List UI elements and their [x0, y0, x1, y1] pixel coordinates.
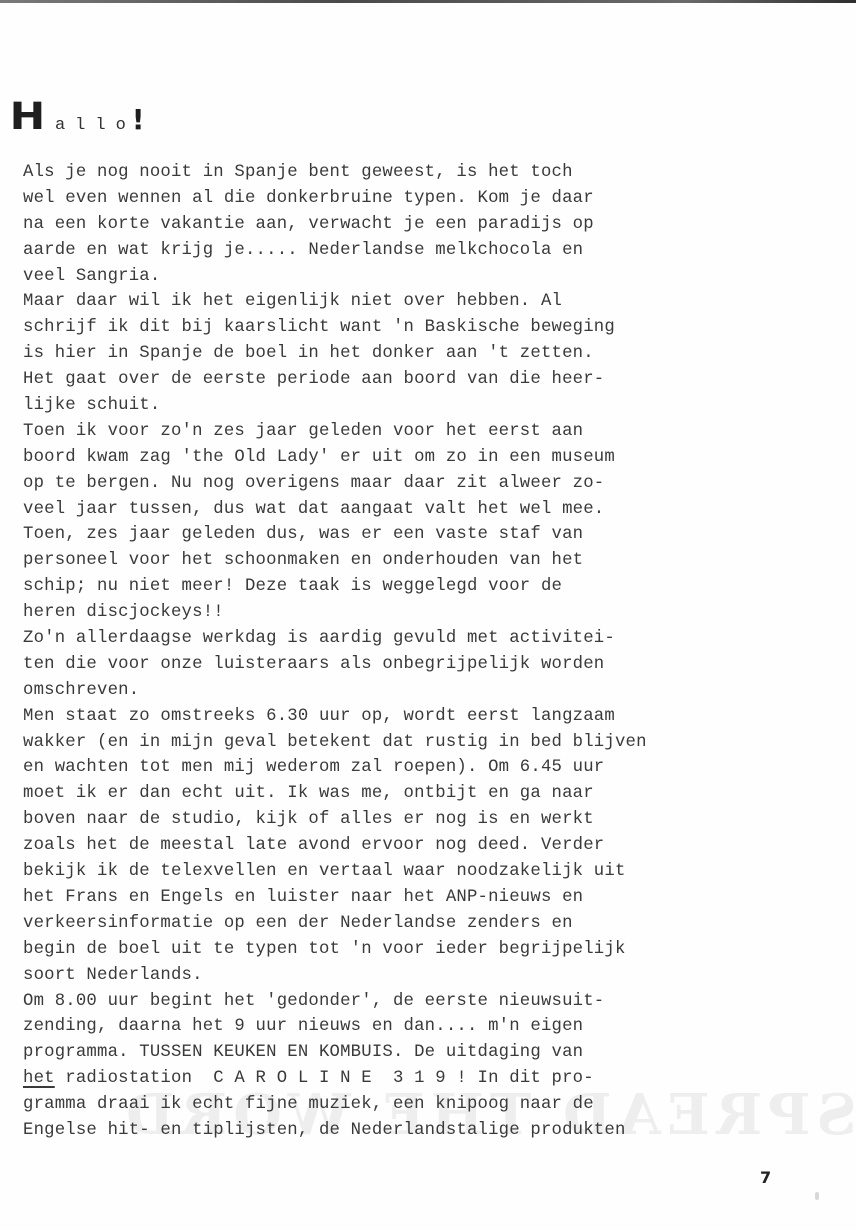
text-line: boord kwam zag 'the Old Lady' er uit om … — [23, 445, 843, 471]
text-line: bekijk ik de telexvellen en vertaal waar… — [23, 859, 843, 885]
text-line: verkeersinformatie op een der Nederlands… — [23, 911, 843, 937]
text-line: soort Nederlands. — [23, 963, 843, 989]
text-line: wel even wennen al die donkerbruine type… — [23, 186, 843, 212]
text-line: moet ik er dan echt uit. Ik was me, ontb… — [23, 781, 843, 807]
document-page: HELP SPREAD THE WORD H allo ! Als je nog… — [0, 0, 856, 1230]
paper-speck — [815, 1192, 819, 1200]
text-line: aarde en wat krijg je..... Nederlandse m… — [23, 238, 843, 264]
text-line: Men staat zo omstreeks 6.30 uur op, word… — [23, 704, 843, 730]
line-rest: radiostation C A R O L I N E 3 1 9 ! In … — [55, 1069, 594, 1088]
text-line: ten die voor onze luisteraars als onbegr… — [23, 652, 843, 678]
text-line: zoals het de meestal late avond ervoor n… — [23, 833, 843, 859]
text-line: Maar daar wil ik het eigenlijk niet over… — [23, 289, 843, 315]
text-line: schip; nu niet meer! Deze taak is weggel… — [23, 574, 843, 600]
text-line: is hier in Spanje de boel in het donker … — [23, 341, 843, 367]
text-line: heren discjockeys!! — [23, 600, 843, 626]
text-line: Om 8.00 uur begint het 'gedonder', de ee… — [23, 989, 843, 1015]
text-line: zending, daarna het 9 uur nieuws en dan.… — [23, 1014, 843, 1040]
article-title: H allo ! — [12, 95, 145, 138]
text-line: personeel voor het schoonmaken en onderh… — [23, 548, 843, 574]
text-line: begin de boel uit te typen tot 'n voor i… — [23, 937, 843, 963]
text-line: Het gaat over de eerste periode aan boor… — [23, 367, 843, 393]
text-line: Zo'n allerdaagse werkdag is aardig gevul… — [23, 626, 843, 652]
text-line: lijke schuit. — [23, 393, 843, 419]
underlined-word: het — [23, 1069, 55, 1088]
text-line: boven naar de studio, kijk of alles er n… — [23, 807, 843, 833]
text-line: Engelse hit- en tiplijsten, de Nederland… — [23, 1118, 843, 1144]
article-body: Als je nog nooit in Spanje bent geweest,… — [23, 160, 843, 1144]
text-line: gramma draai ik echt fijne muziek, een k… — [23, 1092, 843, 1118]
text-line: het radiostation C A R O L I N E 3 1 9 !… — [23, 1066, 843, 1092]
text-line: veel jaar tussen, dus wat dat aangaat va… — [23, 497, 843, 523]
text-line: veel Sangria. — [23, 264, 843, 290]
text-line: omschreven. — [23, 678, 843, 704]
text-line: en wachten tot men mij wederom zal roepe… — [23, 755, 843, 781]
text-line: Toen ik voor zo'n zes jaar geleden voor … — [23, 419, 843, 445]
text-line: schrijf ik dit bij kaarslicht want 'n Ba… — [23, 315, 843, 341]
text-line: programma. TUSSEN KEUKEN EN KOMBUIS. De … — [23, 1040, 843, 1066]
text-line: wakker (en in mijn geval betekent dat ru… — [23, 730, 843, 756]
text-line: Toen, zes jaar geleden dus, was er een v… — [23, 522, 843, 548]
text-line: Als je nog nooit in Spanje bent geweest,… — [23, 160, 843, 186]
text-line: het Frans en Engels en luister naar het … — [23, 885, 843, 911]
title-exclamation: ! — [132, 103, 145, 136]
text-line: op te bergen. Nu nog overigens maar daar… — [23, 471, 843, 497]
title-rest: allo — [55, 116, 136, 135]
text-line: na een korte vakantie aan, verwacht je e… — [23, 212, 843, 238]
page-top-edge — [0, 0, 856, 3]
page-number: 7 — [760, 1168, 771, 1187]
title-initial: H — [10, 95, 46, 138]
